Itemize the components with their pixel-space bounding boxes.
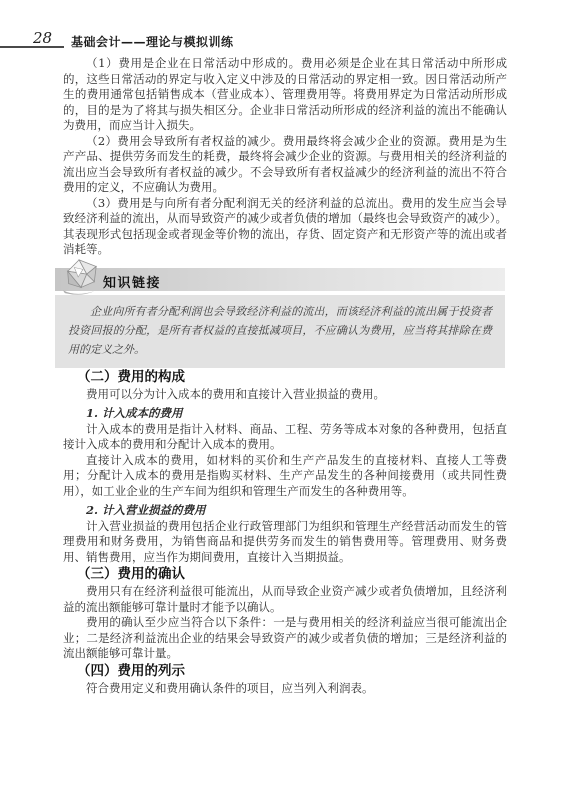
crystal-icon [60,258,102,296]
operating-expenses-para: 计入营业损益的费用包括企业行政管理部门为组织和管理生产经营活动而发生的管理费用和… [63,519,507,566]
expense-feature-3: （3）费用是与向所有者分配利润无关的经济利益的总流出。费用的发生应当会导致经济利… [63,196,507,258]
expense-feature-2: （2）费用会导致所有者权益的减少。费用最终将会减少企业的资源。费用是为生产产品、… [63,134,507,196]
textbook-page: 28 基础会计——理论与模拟训练 （1）费用是企业在日常活动中形成的。费用必须是… [0,0,569,800]
section-heading-recognition: （三）费用的确认 [77,565,507,584]
knowledge-link-body: 企业向所有者分配利润也会导致经济利益的流出，而该经济利益的流出属于投资者投资回报… [55,295,505,368]
knowledge-link-header-bar: 知识链接 [55,268,505,291]
book-title: 基础会计——理论与模拟训练 [71,33,234,50]
section-heading-presentation: （四）费用的列示 [77,662,507,681]
page-number: 28 [33,29,52,47]
expense-feature-1: （1）费用是企业在日常活动中形成的。费用必须是企业在其日常活动中所形成的，这些日… [63,56,507,134]
recognition-para-2: 费用的确认至少应当符合以下条件：一是与费用相关的经济利益应当很可能流出企业；二是… [63,615,507,662]
subsection-title-cost-expenses: 1. 计入成本的费用 [63,406,507,422]
knowledge-link-title: 知识链接 [103,272,161,291]
header-rule [0,46,64,48]
page-content: （1）费用是企业在日常活动中形成的。费用必须是企业在其日常活动中所形成的，这些日… [63,56,507,696]
presentation-para: 符合费用定义和费用确认条件的项目，应当列入利润表。 [63,681,507,697]
composition-intro: 费用可以分为计入成本的费用和直接计入营业损益的费用。 [63,387,507,403]
knowledge-link-box: 知识链接 企业向所有者分配利润也会导致经济利益的流出，而该经济利益的流出属于投资… [55,268,505,368]
recognition-para-1: 费用只有在经济利益很可能流出，从而导致企业资产减少或者负债增加，且经济利益的流出… [63,584,507,615]
section-heading-composition: （二）费用的构成 [77,368,507,387]
subsection-title-operating-expenses: 2. 计入营业损益的费用 [63,503,507,519]
cost-expenses-para-1: 计入成本的费用是指计入材料、商品、工程、劳务等成本对象的各种费用，包括直接计入成… [63,422,507,453]
cost-expenses-para-2: 直接计入成本的费用，如材料的买价和生产产品发生的直接材料、直接人工等费用；分配计… [63,453,507,500]
